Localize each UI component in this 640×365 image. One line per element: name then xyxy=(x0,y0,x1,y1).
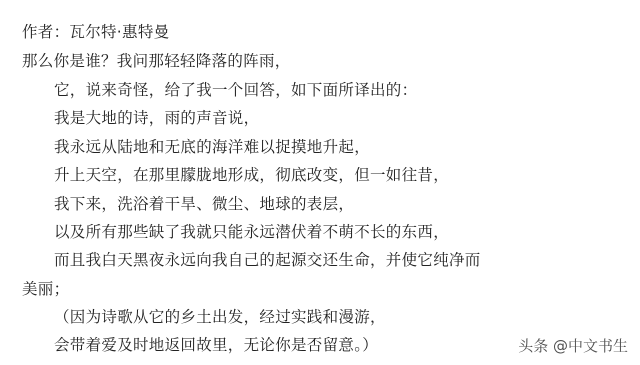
poem-line: 而且我白天黑夜永远向我自己的起源交还生命，并使它纯净而 xyxy=(54,250,481,270)
poem-line: 会带着爱及时地返回故里，无论你是否留意。） xyxy=(54,335,378,355)
author-line: 作者：瓦尔特·惠特曼 xyxy=(22,22,169,42)
poem-line: 以及所有那些缺了我就只能永远潜伏着不萌不长的东西， xyxy=(54,222,449,242)
source-watermark: 头条 @中文书生 xyxy=(518,336,628,356)
poem-line: 美丽； xyxy=(22,279,69,299)
poem-line: 我是大地的诗，雨的声音说， xyxy=(54,108,259,128)
poem-line: 我下来，洗浴着干旱、微尘、地球的表层， xyxy=(54,194,354,214)
poem-line: 我永远从陆地和无底的海洋难以捉摸地升起， xyxy=(54,137,370,157)
poem-line: 它，说来奇怪，给了我一个回答，如下面所译出的： xyxy=(54,80,417,100)
poem-line: 升上天空，在那里朦胧地形成，彻底改变，但一如往昔， xyxy=(54,165,449,185)
poem-line: 那么你是谁？我问那轻轻降落的阵雨， xyxy=(22,51,291,71)
poem-line: （因为诗歌从它的乡土出发，经过实践和漫游， xyxy=(54,307,386,327)
